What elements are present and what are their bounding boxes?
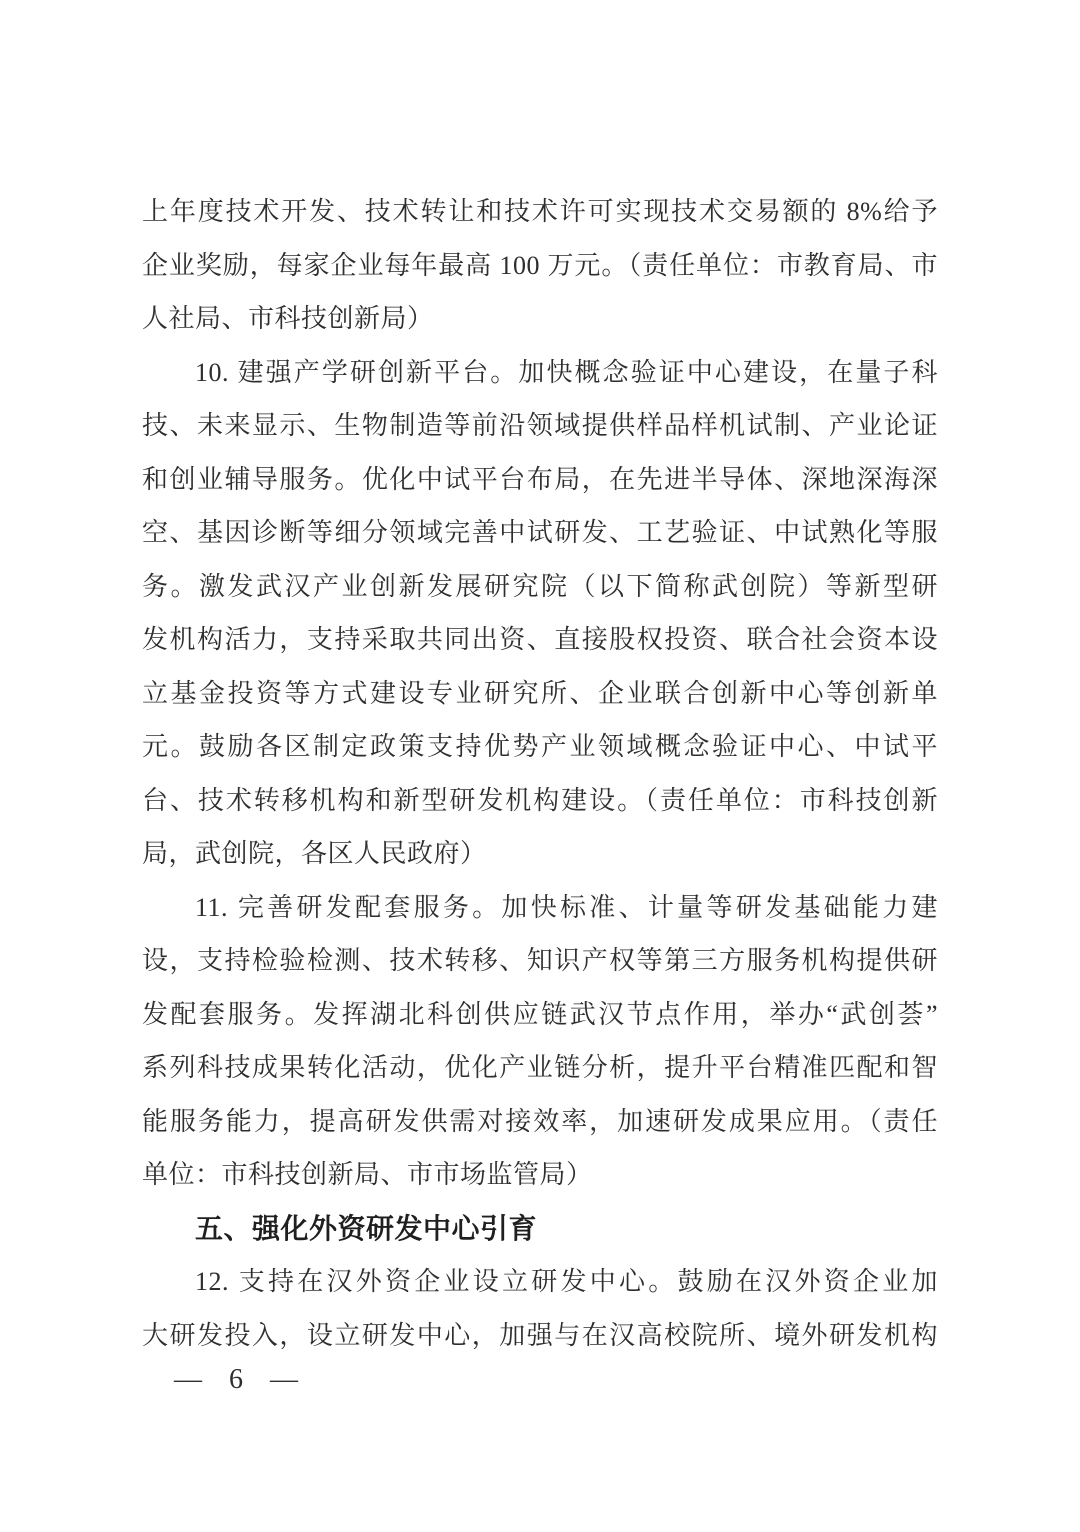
text-line: 12. 支持在汉外资企业设立研发中心。鼓励在汉外资企业加 [142,1255,938,1309]
text-line: 上年度技术开发、技术转让和技术许可实现技术交易额的 8%给予 [142,185,938,239]
text-line: 单位：市科技创新局、市市场监管局） [142,1148,938,1202]
text-line: 10. 建强产学研创新平台。加快概念验证中心建设，在量子科 [142,346,938,400]
section-heading: 五、强化外资研发中心引育 [142,1202,938,1256]
text-line: 元。鼓励各区制定政策支持优势产业领域概念验证中心、中试平 [142,720,938,774]
text-line: 和创业辅导服务。优化中试平台布局，在先进半导体、深地深海深 [142,453,938,507]
document-page: 上年度技术开发、技术转让和技术许可实现技术交易额的 8%给予企业奖励，每家企业每… [0,0,1080,1532]
text-line: 局，武创院，各区人民政府） [142,827,938,881]
text-line: 立基金投资等方式建设专业研究所、企业联合创新中心等创新单 [142,667,938,721]
text-line: 企业奖励，每家企业每年最高 100 万元。（责任单位：市教育局、市 [142,239,938,293]
text-line: 发机构活力，支持采取共同出资、直接股权投资、联合社会资本设 [142,613,938,667]
text-line: 发配套服务。发挥湖北科创供应链武汉节点作用，举办“武创荟” [142,988,938,1042]
page-number: — 6 — [174,1353,308,1407]
text-line: 11. 完善研发配套服务。加快标准、计量等研发基础能力建 [142,881,938,935]
text-line: 人社局、市科技创新局） [142,292,938,346]
text-line: 务。激发武汉产业创新发展研究院（以下简称武创院）等新型研 [142,560,938,614]
text-line: 设，支持检验检测、技术转移、知识产权等第三方服务机构提供研 [142,934,938,988]
text-line: 系列科技成果转化活动，优化产业链分析，提升平台精准匹配和智 [142,1041,938,1095]
text-line: 能服务能力，提高研发供需对接效率，加速研发成果应用。（责任 [142,1095,938,1149]
text-line: 技、未来显示、生物制造等前沿领域提供样品样机试制、产业论证 [142,399,938,453]
document-body: 上年度技术开发、技术转让和技术许可实现技术交易额的 8%给予企业奖励，每家企业每… [142,185,938,1362]
text-line: 空、基因诊断等细分领域完善中试研发、工艺验证、中试熟化等服 [142,506,938,560]
text-line: 台、技术转移机构和新型研发机构建设。（责任单位：市科技创新 [142,774,938,828]
